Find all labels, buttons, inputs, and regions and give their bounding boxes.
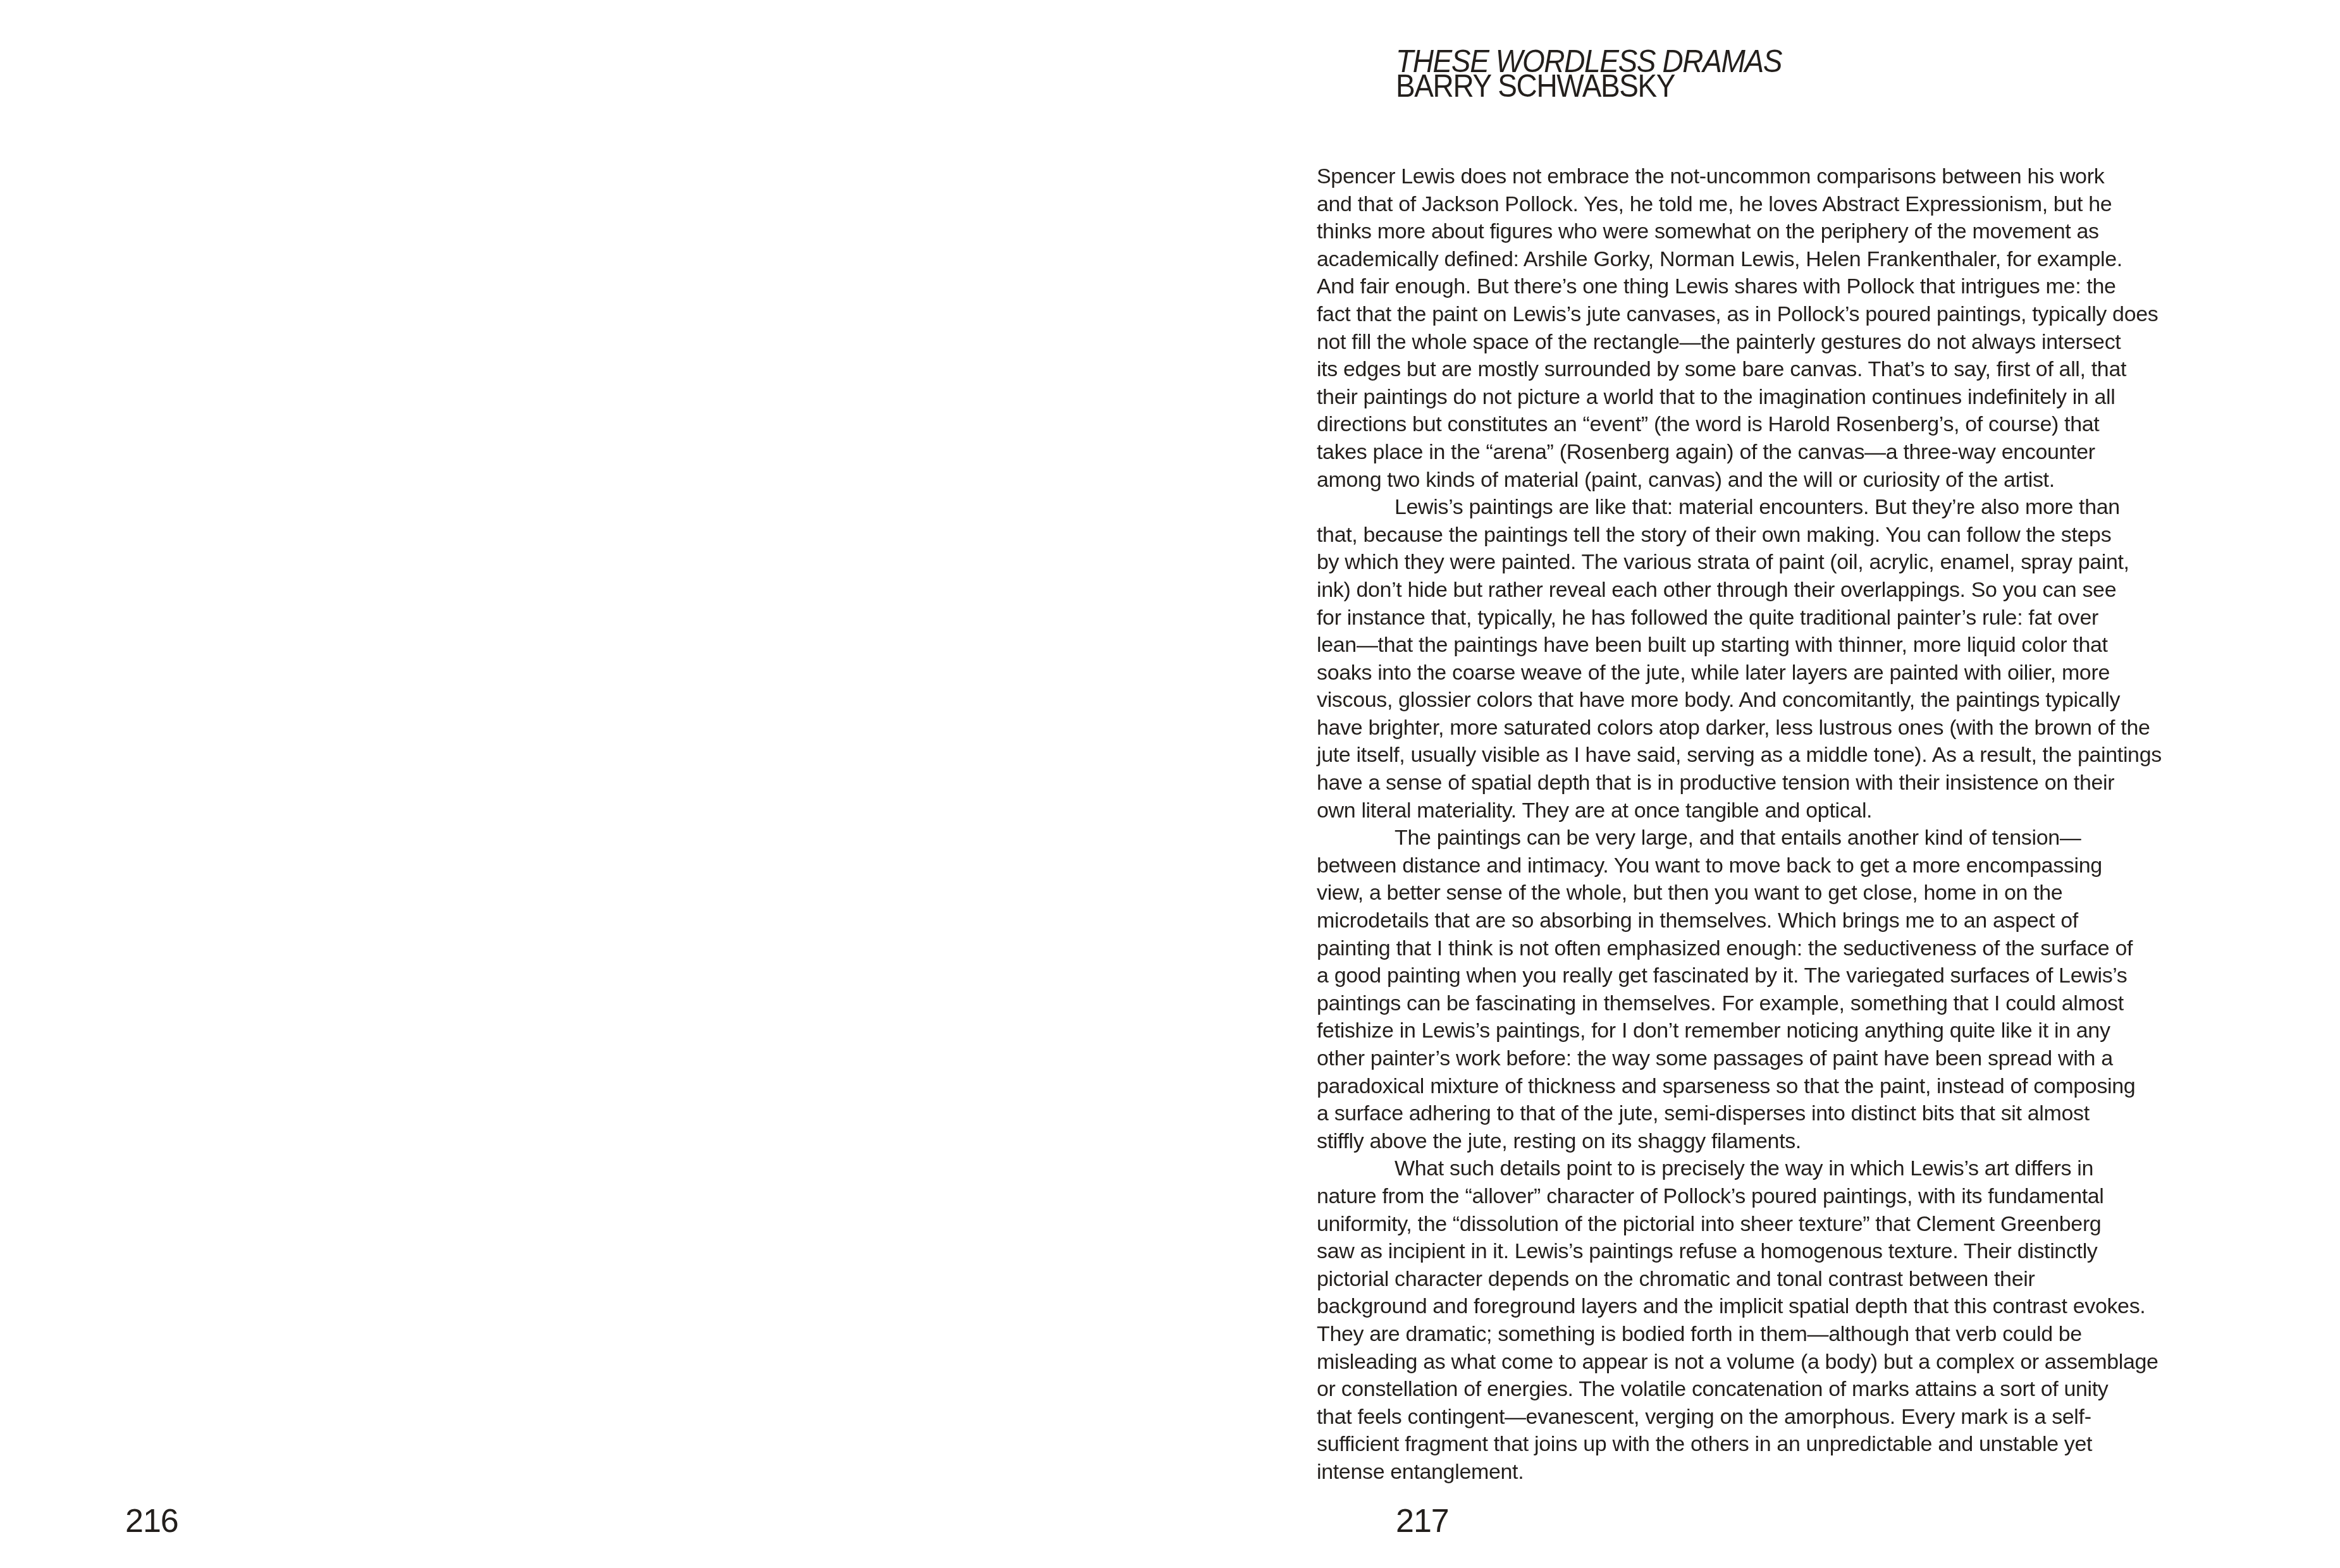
text-line: or constellation of energies. The volati… <box>1317 1376 2294 1404</box>
text-line: a surface adhering to that of the jute, … <box>1317 1100 2294 1128</box>
text-line: nature from the “allover” character of P… <box>1317 1183 2294 1211</box>
right-page: THESE WORDLESS DRAMAS BARRY SCHWABSKY Sp… <box>1170 0 2340 1568</box>
text-line: for instance that, typically, he has fol… <box>1317 604 2294 632</box>
paragraph: What such details point to is precisely … <box>1317 1155 2294 1486</box>
text-line: paradoxical mixture of thickness and spa… <box>1317 1073 2294 1101</box>
text-line: other painter’s work before: the way som… <box>1317 1045 2294 1073</box>
text-line: misleading as what come to appear is not… <box>1317 1349 2294 1376</box>
text-line: What such details point to is precisely … <box>1317 1155 2294 1183</box>
text-line: have brighter, more saturated colors ato… <box>1317 714 2294 742</box>
text-line: jute itself, usually visible as I have s… <box>1317 742 2294 769</box>
paragraph: Lewis’s paintings are like that: materia… <box>1317 494 2294 824</box>
essay-body: Spencer Lewis does not embrace the not-u… <box>1317 163 2294 1486</box>
text-line: between distance and intimacy. You want … <box>1317 852 2294 880</box>
text-line: microdetails that are so absorbing in th… <box>1317 907 2294 935</box>
text-line: takes place in the “arena” (Rosenberg ag… <box>1317 439 2294 467</box>
page-number-right: 217 <box>1396 1504 1449 1539</box>
book-spread: 216 THESE WORDLESS DRAMAS BARRY SCHWABSK… <box>0 0 2340 1568</box>
text-line: saw as incipient in it. Lewis’s painting… <box>1317 1238 2294 1266</box>
left-page: 216 <box>0 0 1170 1568</box>
text-line: their paintings do not picture a world t… <box>1317 384 2294 412</box>
text-line: thinks more about figures who were somew… <box>1317 218 2294 246</box>
text-line: Lewis’s paintings are like that: materia… <box>1317 494 2294 522</box>
text-line: painting that I think is not often empha… <box>1317 935 2294 963</box>
essay-header: THESE WORDLESS DRAMAS BARRY SCHWABSKY <box>1396 49 1782 99</box>
text-line: among two kinds of material (paint, canv… <box>1317 467 2294 494</box>
text-line: view, a better sense of the whole, but t… <box>1317 879 2294 907</box>
page-number-left: 216 <box>125 1504 178 1539</box>
text-line: fact that the paint on Lewis’s jute canv… <box>1317 301 2294 329</box>
text-line: by which they were painted. The various … <box>1317 549 2294 577</box>
text-line: lean—that the paintings have been built … <box>1317 632 2294 659</box>
text-line: its edges but are mostly surrounded by s… <box>1317 356 2294 384</box>
text-line: stiffly above the jute, resting on its s… <box>1317 1128 2294 1156</box>
text-line: soaks into the coarse weave of the jute,… <box>1317 659 2294 687</box>
paragraph: Spencer Lewis does not embrace the not-u… <box>1317 163 2294 494</box>
text-line: pictorial character depends on the chrom… <box>1317 1266 2294 1294</box>
text-line: viscous, glossier colors that have more … <box>1317 687 2294 714</box>
text-line: a good painting when you really get fasc… <box>1317 962 2294 990</box>
text-line: sufficient fragment that joins up with t… <box>1317 1431 2294 1459</box>
text-line: fetishize in Lewis’s paintings, for I do… <box>1317 1017 2294 1045</box>
text-line: and that of Jackson Pollock. Yes, he tol… <box>1317 191 2294 219</box>
text-line: not fill the whole space of the rectangl… <box>1317 329 2294 357</box>
text-line: paintings can be fascinating in themselv… <box>1317 990 2294 1018</box>
text-line: And fair enough. But there’s one thing L… <box>1317 273 2294 301</box>
text-line: academically defined: Arshile Gorky, Nor… <box>1317 246 2294 274</box>
paragraph: The paintings can be very large, and tha… <box>1317 824 2294 1155</box>
text-line: ink) don’t hide but rather reveal each o… <box>1317 577 2294 604</box>
text-line: uniformity, the “dissolution of the pict… <box>1317 1211 2294 1239</box>
text-line: that, because the paintings tell the sto… <box>1317 522 2294 549</box>
text-line: that feels contingent—evanescent, vergin… <box>1317 1404 2294 1431</box>
text-line: background and foreground layers and the… <box>1317 1293 2294 1321</box>
text-line: intense entanglement. <box>1317 1459 2294 1486</box>
text-line: Spencer Lewis does not embrace the not-u… <box>1317 163 2294 191</box>
text-line: own literal materiality. They are at onc… <box>1317 797 2294 825</box>
text-line: They are dramatic; something is bodied f… <box>1317 1321 2294 1349</box>
text-line: The paintings can be very large, and tha… <box>1317 824 2294 852</box>
text-line: have a sense of spatial depth that is in… <box>1317 769 2294 797</box>
text-line: directions but constitutes an “event” (t… <box>1317 411 2294 439</box>
